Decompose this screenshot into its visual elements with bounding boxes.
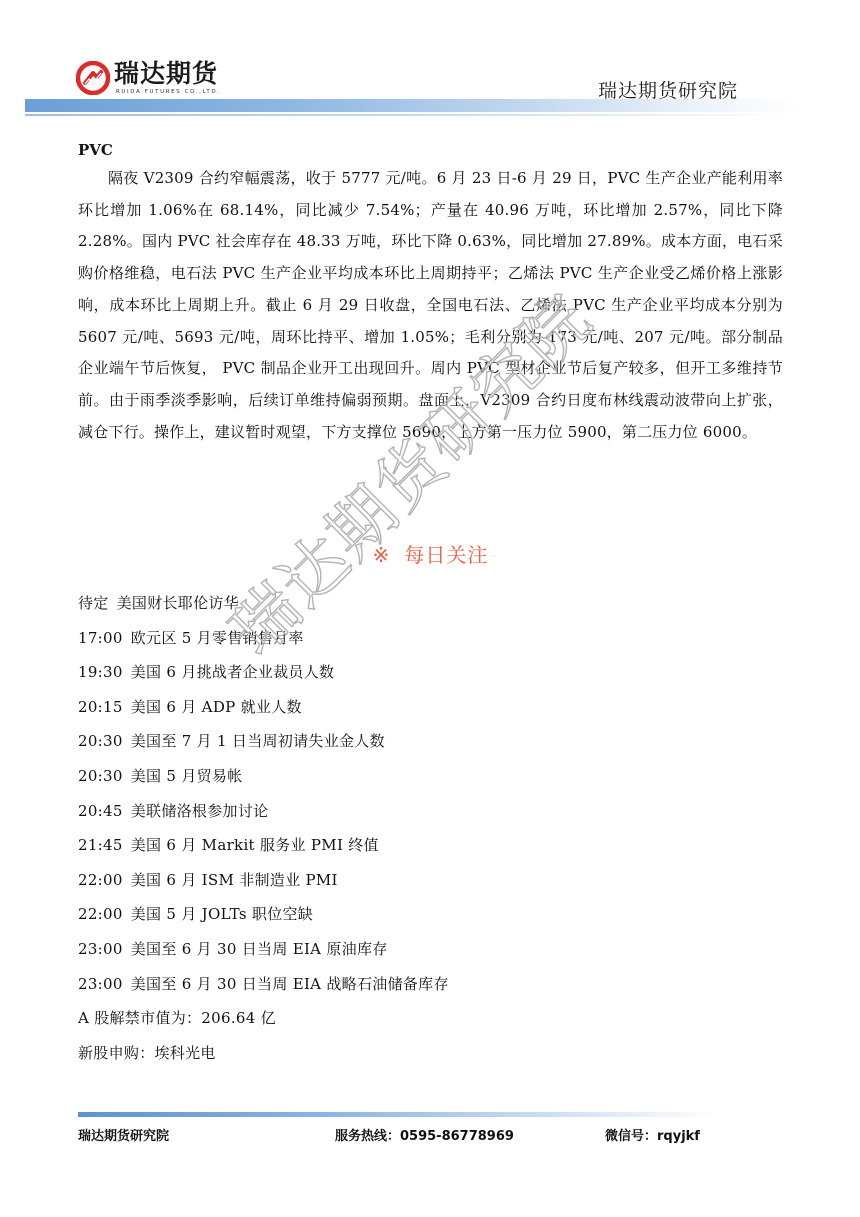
- list-item: 21:45美国 6 月 Markit 服务业 PMI 终值: [78, 828, 783, 863]
- event-text: 美国至 6 月 30 日当周 EIA 原油库存: [131, 940, 388, 958]
- event-time: 19:30: [78, 663, 123, 681]
- footer-hotline: 服务热线：0595-86778969: [335, 1125, 514, 1144]
- logo-name: 瑞达期货: [114, 60, 221, 88]
- event-text: 美联储洛根参加讨论: [131, 802, 269, 820]
- a-share-unlock-value: A 股解禁市值为：206.64 亿: [78, 1001, 783, 1036]
- reference-mark-icon: ※: [373, 543, 391, 567]
- event-time: 20:30: [78, 767, 123, 785]
- event-time: 20:15: [78, 698, 123, 716]
- list-item: 20:45美联储洛根参加讨论: [78, 794, 783, 829]
- event-text: 美国 6 月 Markit 服务业 PMI 终值: [131, 836, 379, 854]
- footer-institute: 瑞达期货研究院: [78, 1125, 169, 1144]
- daily-focus-heading: ※每日关注: [78, 539, 783, 568]
- event-time: 20:30: [78, 732, 123, 750]
- company-logo: 瑞达期货 RUIDA FUTURES CO.,LTD.: [76, 60, 221, 100]
- list-item: 17:00欧元区 5 月零售销售月率: [78, 621, 783, 656]
- event-text: 美国 5 月贸易帐: [131, 767, 243, 785]
- list-item: 23:00美国至 6 月 30 日当周 EIA 原油库存: [78, 932, 783, 967]
- ruida-logo-icon: [76, 61, 110, 95]
- event-text: 美国至 7 月 1 日当周初请失业金人数: [131, 732, 385, 750]
- event-text: 美国 6 月挑战者企业裁员人数: [131, 663, 335, 681]
- report-body: PVC 隔夜 V2309 合约窄幅震荡，收于 5777 元/吨。6 月 23 日…: [78, 140, 783, 448]
- event-time: 21:45: [78, 836, 123, 854]
- list-item: 22:00美国 6 月 ISM 非制造业 PMI: [78, 863, 783, 898]
- event-time: 17:00: [78, 629, 123, 647]
- list-item: 19:30美国 6 月挑战者企业裁员人数: [78, 655, 783, 690]
- page-header: 瑞达期货 RUIDA FUTURES CO.,LTD. 瑞达期货研究院: [0, 0, 860, 125]
- event-text: 美国至 6 月 30 日当周 EIA 战略石油储备库存: [131, 975, 449, 993]
- event-text: 美国 6 月 ADP 就业人数: [131, 698, 302, 716]
- event-time: 23:00: [78, 940, 123, 958]
- event-time: 22:00: [78, 905, 123, 923]
- list-item: 20:15美国 6 月 ADP 就业人数: [78, 690, 783, 725]
- list-item: 待定美国财长耶伦访华: [78, 586, 783, 621]
- event-text: 美国 6 月 ISM 非制造业 PMI: [131, 871, 338, 889]
- list-item: 23:00美国至 6 月 30 日当周 EIA 战略石油储备库存: [78, 967, 783, 1002]
- list-item: 22:00美国 5 月 JOLTs 职位空缺: [78, 897, 783, 932]
- header-divider: [25, 99, 800, 112]
- new-ipo-subscription: 新股申购：埃科光电: [78, 1036, 783, 1071]
- event-text: 欧元区 5 月零售销售月率: [131, 629, 304, 647]
- section-title-pvc: PVC: [78, 140, 783, 160]
- event-time: 23:00: [78, 975, 123, 993]
- logo-english: RUIDA FUTURES CO.,LTD.: [116, 89, 221, 95]
- event-text: 美国财长耶伦访华: [117, 594, 239, 612]
- footer-wechat: 微信号：rqyjkf: [605, 1125, 700, 1144]
- event-time: 待定: [78, 594, 109, 612]
- event-text: 美国 5 月 JOLTs 职位空缺: [131, 905, 313, 923]
- list-item: 20:30美国 5 月贸易帐: [78, 759, 783, 794]
- event-calendar-list: 待定美国财长耶伦访华 17:00欧元区 5 月零售销售月率 19:30美国 6 …: [78, 586, 783, 1070]
- event-time: 20:45: [78, 802, 123, 820]
- event-time: 22:00: [78, 871, 123, 889]
- footer-divider: [78, 1112, 718, 1117]
- header-divider-line: [25, 114, 800, 116]
- page-footer: 瑞达期货研究院 服务热线：0595-86778969 微信号：rqyjkf: [78, 1125, 783, 1145]
- list-item: 20:30美国至 7 月 1 日当周初请失业金人数: [78, 724, 783, 759]
- daily-focus-title: 每日关注: [404, 543, 488, 567]
- pvc-analysis-paragraph: 隔夜 V2309 合约窄幅震荡，收于 5777 元/吨。6 月 23 日-6 月…: [78, 163, 783, 448]
